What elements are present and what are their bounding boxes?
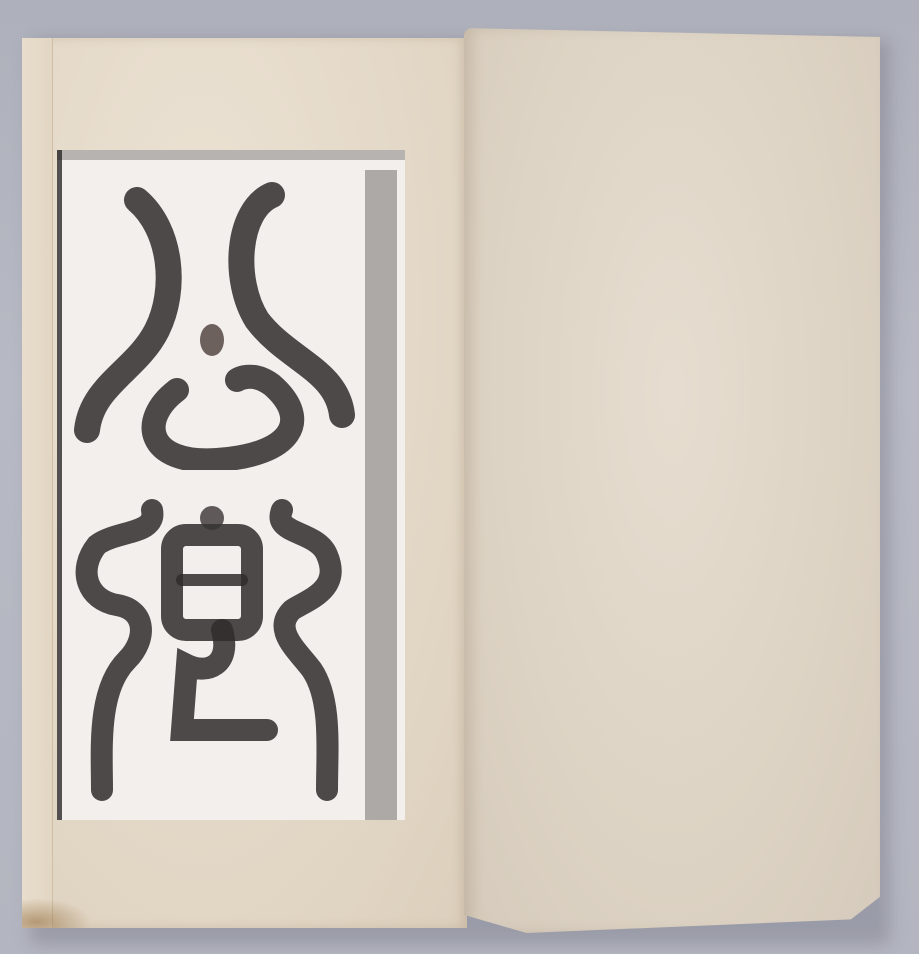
rubbing-border-right — [365, 170, 397, 820]
page-flap — [22, 38, 53, 928]
rubbing-border-top — [57, 150, 405, 160]
ink-rubbing — [57, 150, 405, 820]
right-page-blank — [464, 28, 880, 933]
seal-character-top — [57, 170, 367, 470]
water-stain — [22, 898, 92, 928]
seal-character-bottom — [57, 490, 367, 820]
